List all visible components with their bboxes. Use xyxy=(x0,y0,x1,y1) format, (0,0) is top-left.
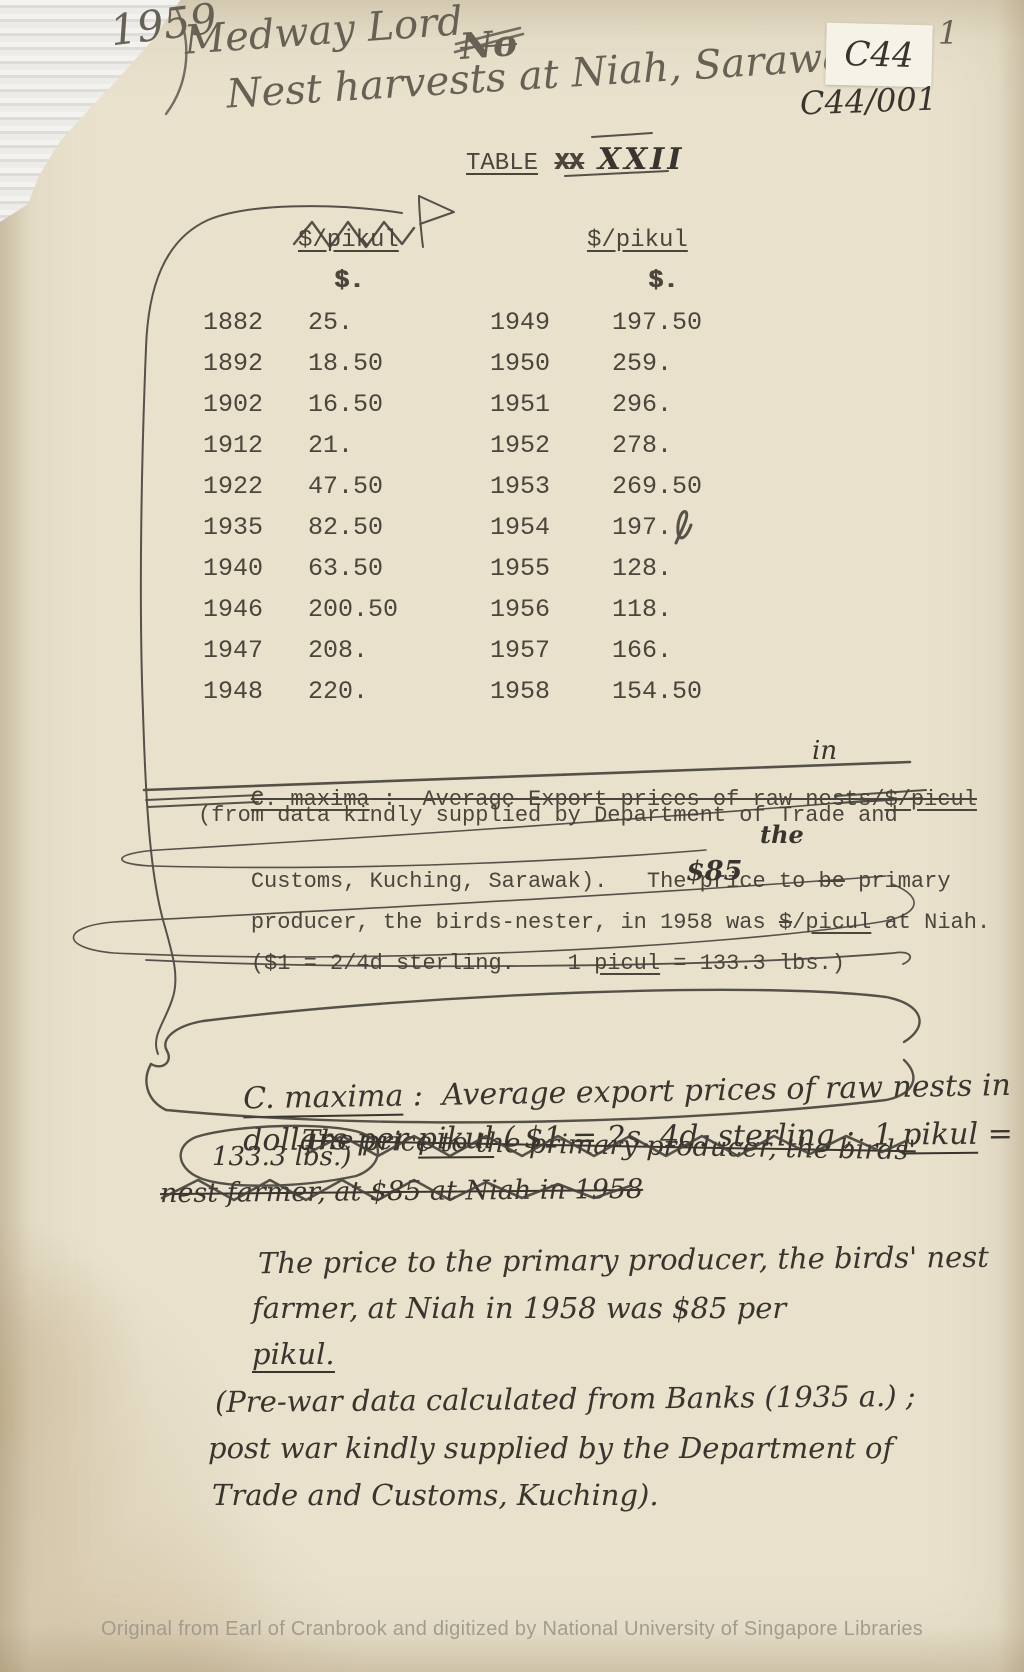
table-row: 1948220.1958154.50 xyxy=(0,677,1024,711)
table-row: 189218.501950259. xyxy=(0,349,1024,383)
year-cell: 1955 xyxy=(490,554,550,583)
price-cell: 269.50 xyxy=(612,472,702,501)
price-cell: 16.50 xyxy=(308,390,383,419)
price-cell: 220. xyxy=(308,677,368,706)
unit-text: $/picul xyxy=(885,787,977,812)
archive-sticker: C44 xyxy=(825,23,933,88)
price-cell: 197. xyxy=(612,513,672,542)
table-row: 190216.501951296. xyxy=(0,390,1024,424)
table-row: 192247.501953269.50 xyxy=(0,472,1024,506)
table-left-unit: $. xyxy=(334,266,364,295)
price-cell: 200.50 xyxy=(308,595,398,624)
price-cell: 47.50 xyxy=(308,472,383,501)
typed-caption-line-5: ($1 = 2/4d sterling. 1 picul = 133.3 lbs… xyxy=(198,926,845,1001)
digitization-credit: Original from Earl of Cranbrook and digi… xyxy=(0,1618,1024,1641)
price-cell: 259. xyxy=(612,349,672,378)
page-number: 1 xyxy=(938,14,958,52)
year-cell: 1946 xyxy=(203,595,263,624)
table-right-unit: $. xyxy=(648,266,678,295)
price-cell: 166. xyxy=(612,636,672,665)
hand-source-line-2: post war kindly supplied by the Departme… xyxy=(208,1431,893,1465)
title-overline xyxy=(592,133,652,137)
handwritten-insert-the: the xyxy=(760,820,804,849)
year-cell: 1902 xyxy=(203,390,263,419)
year-cell: 1958 xyxy=(490,677,550,706)
year-cell: 1948 xyxy=(203,677,263,706)
annotation-collector-name: Medway Lord xyxy=(183,0,465,64)
price-cell: 208. xyxy=(308,636,368,665)
flag-mark xyxy=(419,196,454,224)
year-cell: 1922 xyxy=(203,472,263,501)
price-cell: 296. xyxy=(612,390,672,419)
table-title-handwritten-number: XXII xyxy=(598,142,685,177)
price-cell: 63.50 xyxy=(308,554,383,583)
year-cell: 1882 xyxy=(203,308,263,337)
scanned-document-page: 1959 Medway Lord No Nest harvests at Nia… xyxy=(0,0,1024,1672)
table-row: 1947208.1957166. xyxy=(0,636,1024,670)
year-cell: 1912 xyxy=(203,431,263,460)
hand-paragraph-line-1: The price to the primary producer, the b… xyxy=(258,1240,989,1280)
sticker-code: C44 xyxy=(844,34,914,76)
table-row: 194063.501955128. xyxy=(0,554,1024,588)
price-cell: 197.50 xyxy=(612,308,702,337)
price-cell: 25. xyxy=(308,308,353,337)
table-right-column-header: $/pikul xyxy=(587,227,688,254)
year-cell: 1940 xyxy=(203,554,263,583)
catalog-number: C44/001 xyxy=(799,80,937,123)
unit-text: picul xyxy=(594,951,660,976)
year-cell: 1950 xyxy=(490,349,550,378)
hand-source-line-1: (Pre-war data calculated from Banks (193… xyxy=(215,1379,916,1419)
price-cell: 128. xyxy=(612,554,672,583)
year-cell: 1956 xyxy=(490,595,550,624)
table-row: 188225.1949197.50 xyxy=(0,308,1024,342)
hand-paragraph-line-2: farmer, at Niah in 1958 was $85 per xyxy=(252,1291,786,1325)
price-cell: 18.50 xyxy=(308,349,383,378)
hand-source-line-3: Trade and Customs, Kuching). xyxy=(212,1478,659,1512)
table-row: 193582.501954197. xyxy=(0,513,1024,547)
table-title-struck-number: XX xyxy=(554,150,583,177)
year-cell: 1947 xyxy=(203,636,263,665)
table-title: TABLE XX XXII xyxy=(466,142,684,177)
caption-text: ($1 = 2/4d sterling. 1 xyxy=(251,951,594,976)
year-cell: 1952 xyxy=(490,431,550,460)
handwritten-insert-price: $85 xyxy=(686,856,742,887)
caption-text: = xyxy=(978,1116,1013,1151)
table-left-column-header: $/pikul xyxy=(298,227,399,254)
year-cell: 1951 xyxy=(490,390,550,419)
hand-caption-struck-line-2: nest farmer, at $85 at Niah in 1958 xyxy=(160,1174,643,1209)
hand-paragraph-line-3: pikul. xyxy=(252,1337,335,1373)
year-cell: 1935 xyxy=(203,513,263,542)
table-title-word: TABLE xyxy=(466,150,538,177)
caption-text: at Niah. xyxy=(871,910,990,935)
year-cell: 1953 xyxy=(490,472,550,501)
flag-mark xyxy=(419,196,423,247)
price-cell: 154.50 xyxy=(612,677,702,706)
caption-text: = 133.3 lbs.) xyxy=(660,951,845,976)
year-cell: 1957 xyxy=(490,636,550,665)
price-cell: 82.50 xyxy=(308,513,383,542)
year-cell: 1892 xyxy=(203,349,263,378)
year-cell: 1949 xyxy=(490,308,550,337)
handwritten-insert-in: in xyxy=(812,736,837,766)
table-row: 1946200.501956118. xyxy=(0,595,1024,629)
price-cell: 118. xyxy=(612,595,672,624)
price-cell: 278. xyxy=(612,431,672,460)
year-cell: 1954 xyxy=(490,513,550,542)
table-row: 191221.1952278. xyxy=(0,431,1024,465)
price-cell: 21. xyxy=(308,431,353,460)
